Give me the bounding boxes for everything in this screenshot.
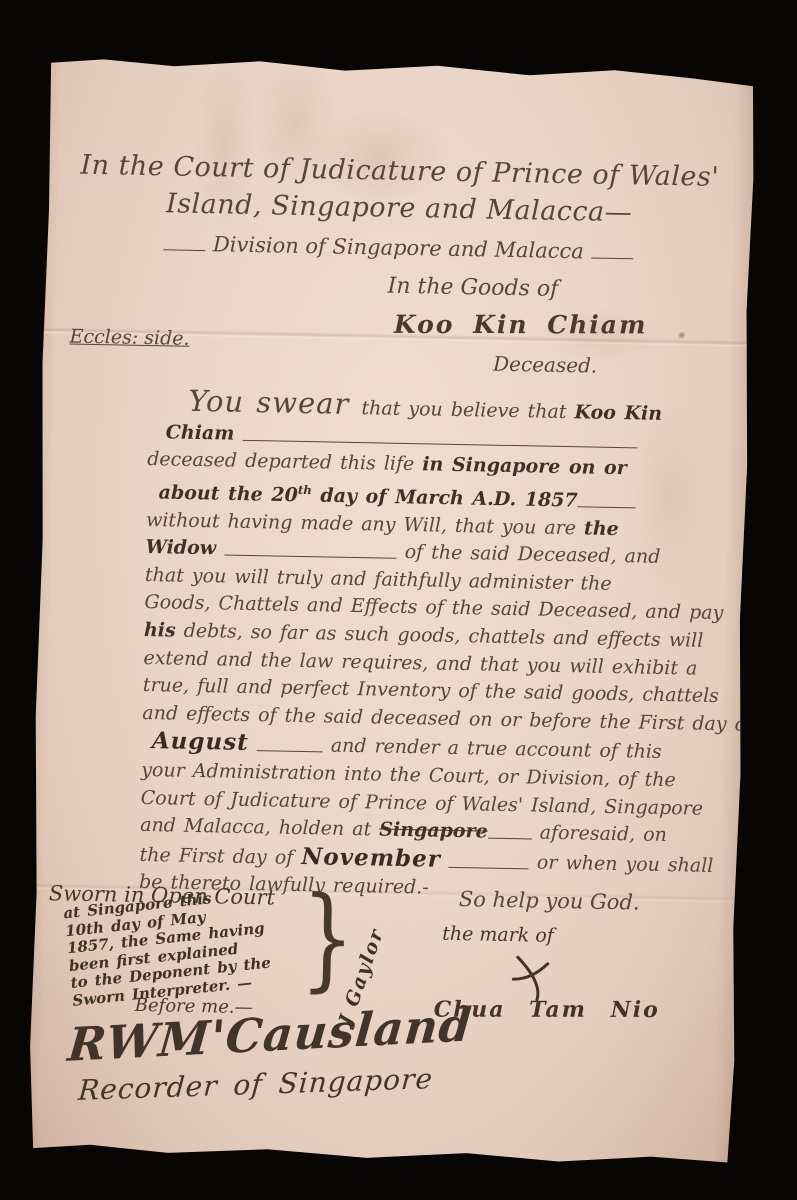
- text-segment: Koo Kin: [574, 401, 662, 425]
- text-segment: or when you shall: [529, 851, 714, 877]
- text-segment: You swear: [188, 384, 362, 421]
- division-line: Division of Singapore and Malacca: [43, 229, 753, 267]
- text-segment: Widow: [145, 536, 225, 560]
- text-segment: of the said Deceased, and: [396, 541, 660, 568]
- deponent-x-mark-icon: [507, 949, 560, 1002]
- text-segment: and Malacca, holden at: [140, 814, 379, 841]
- court-title-line2: Island, Singapore and Malacca—: [44, 186, 754, 231]
- document-page: In the Court of Judicature of Prince of …: [26, 55, 757, 1170]
- text-segment: deceased departed this life: [147, 448, 422, 475]
- court-title-line1: In the Court of Judicature of Prince of …: [45, 149, 755, 194]
- ruled-blank: [578, 487, 636, 508]
- deceased-label: Deceased.: [493, 352, 598, 378]
- text-segment: August: [152, 728, 249, 757]
- text-segment: November: [301, 843, 441, 873]
- text-segment: day of March A.D. 1857: [312, 484, 578, 511]
- text-segment: aforesaid, on: [531, 822, 667, 847]
- text-segment: his: [144, 619, 176, 642]
- text-segment: Chiam: [166, 421, 244, 444]
- text-segment: that you believe that: [361, 397, 574, 423]
- ruled-blank: [257, 732, 323, 753]
- text-segment: without having made any Will, that you a…: [146, 509, 584, 539]
- ruled-blank: [449, 848, 529, 870]
- text-segment: th: [298, 483, 312, 497]
- ruled-blank: [225, 536, 397, 559]
- division-text: Division of Singapore and Malacca: [213, 232, 584, 263]
- text-segment: in Singapore on or: [422, 453, 627, 479]
- margin-note-eccles-side: Eccles: side.: [69, 325, 189, 349]
- in-the-goods-of-label: In the Goods of: [387, 274, 558, 302]
- rule-left: [163, 231, 205, 251]
- text-segment: the First day of: [139, 844, 301, 869]
- ruled-blank: [488, 819, 532, 840]
- so-help-you-god-line: So help you God.: [459, 887, 640, 914]
- text-segment: about the 20: [158, 481, 298, 506]
- deceased-name: Koo Kin Chiam: [394, 310, 648, 339]
- recorder-title: Recorder of Singapore: [77, 1062, 434, 1107]
- rule-right: [592, 240, 634, 260]
- jurat-brace: }: [300, 882, 356, 995]
- oath-body-text: You swear that you believe that Koo KinC…: [139, 387, 734, 908]
- photo-background: In the Court of Judicature of Prince of …: [0, 0, 797, 1200]
- mark-of-label: the mark of: [442, 923, 554, 947]
- text-segment: the: [584, 517, 619, 540]
- text-segment: Singapore: [379, 819, 488, 843]
- text-segment: and render a true account of this: [323, 735, 662, 764]
